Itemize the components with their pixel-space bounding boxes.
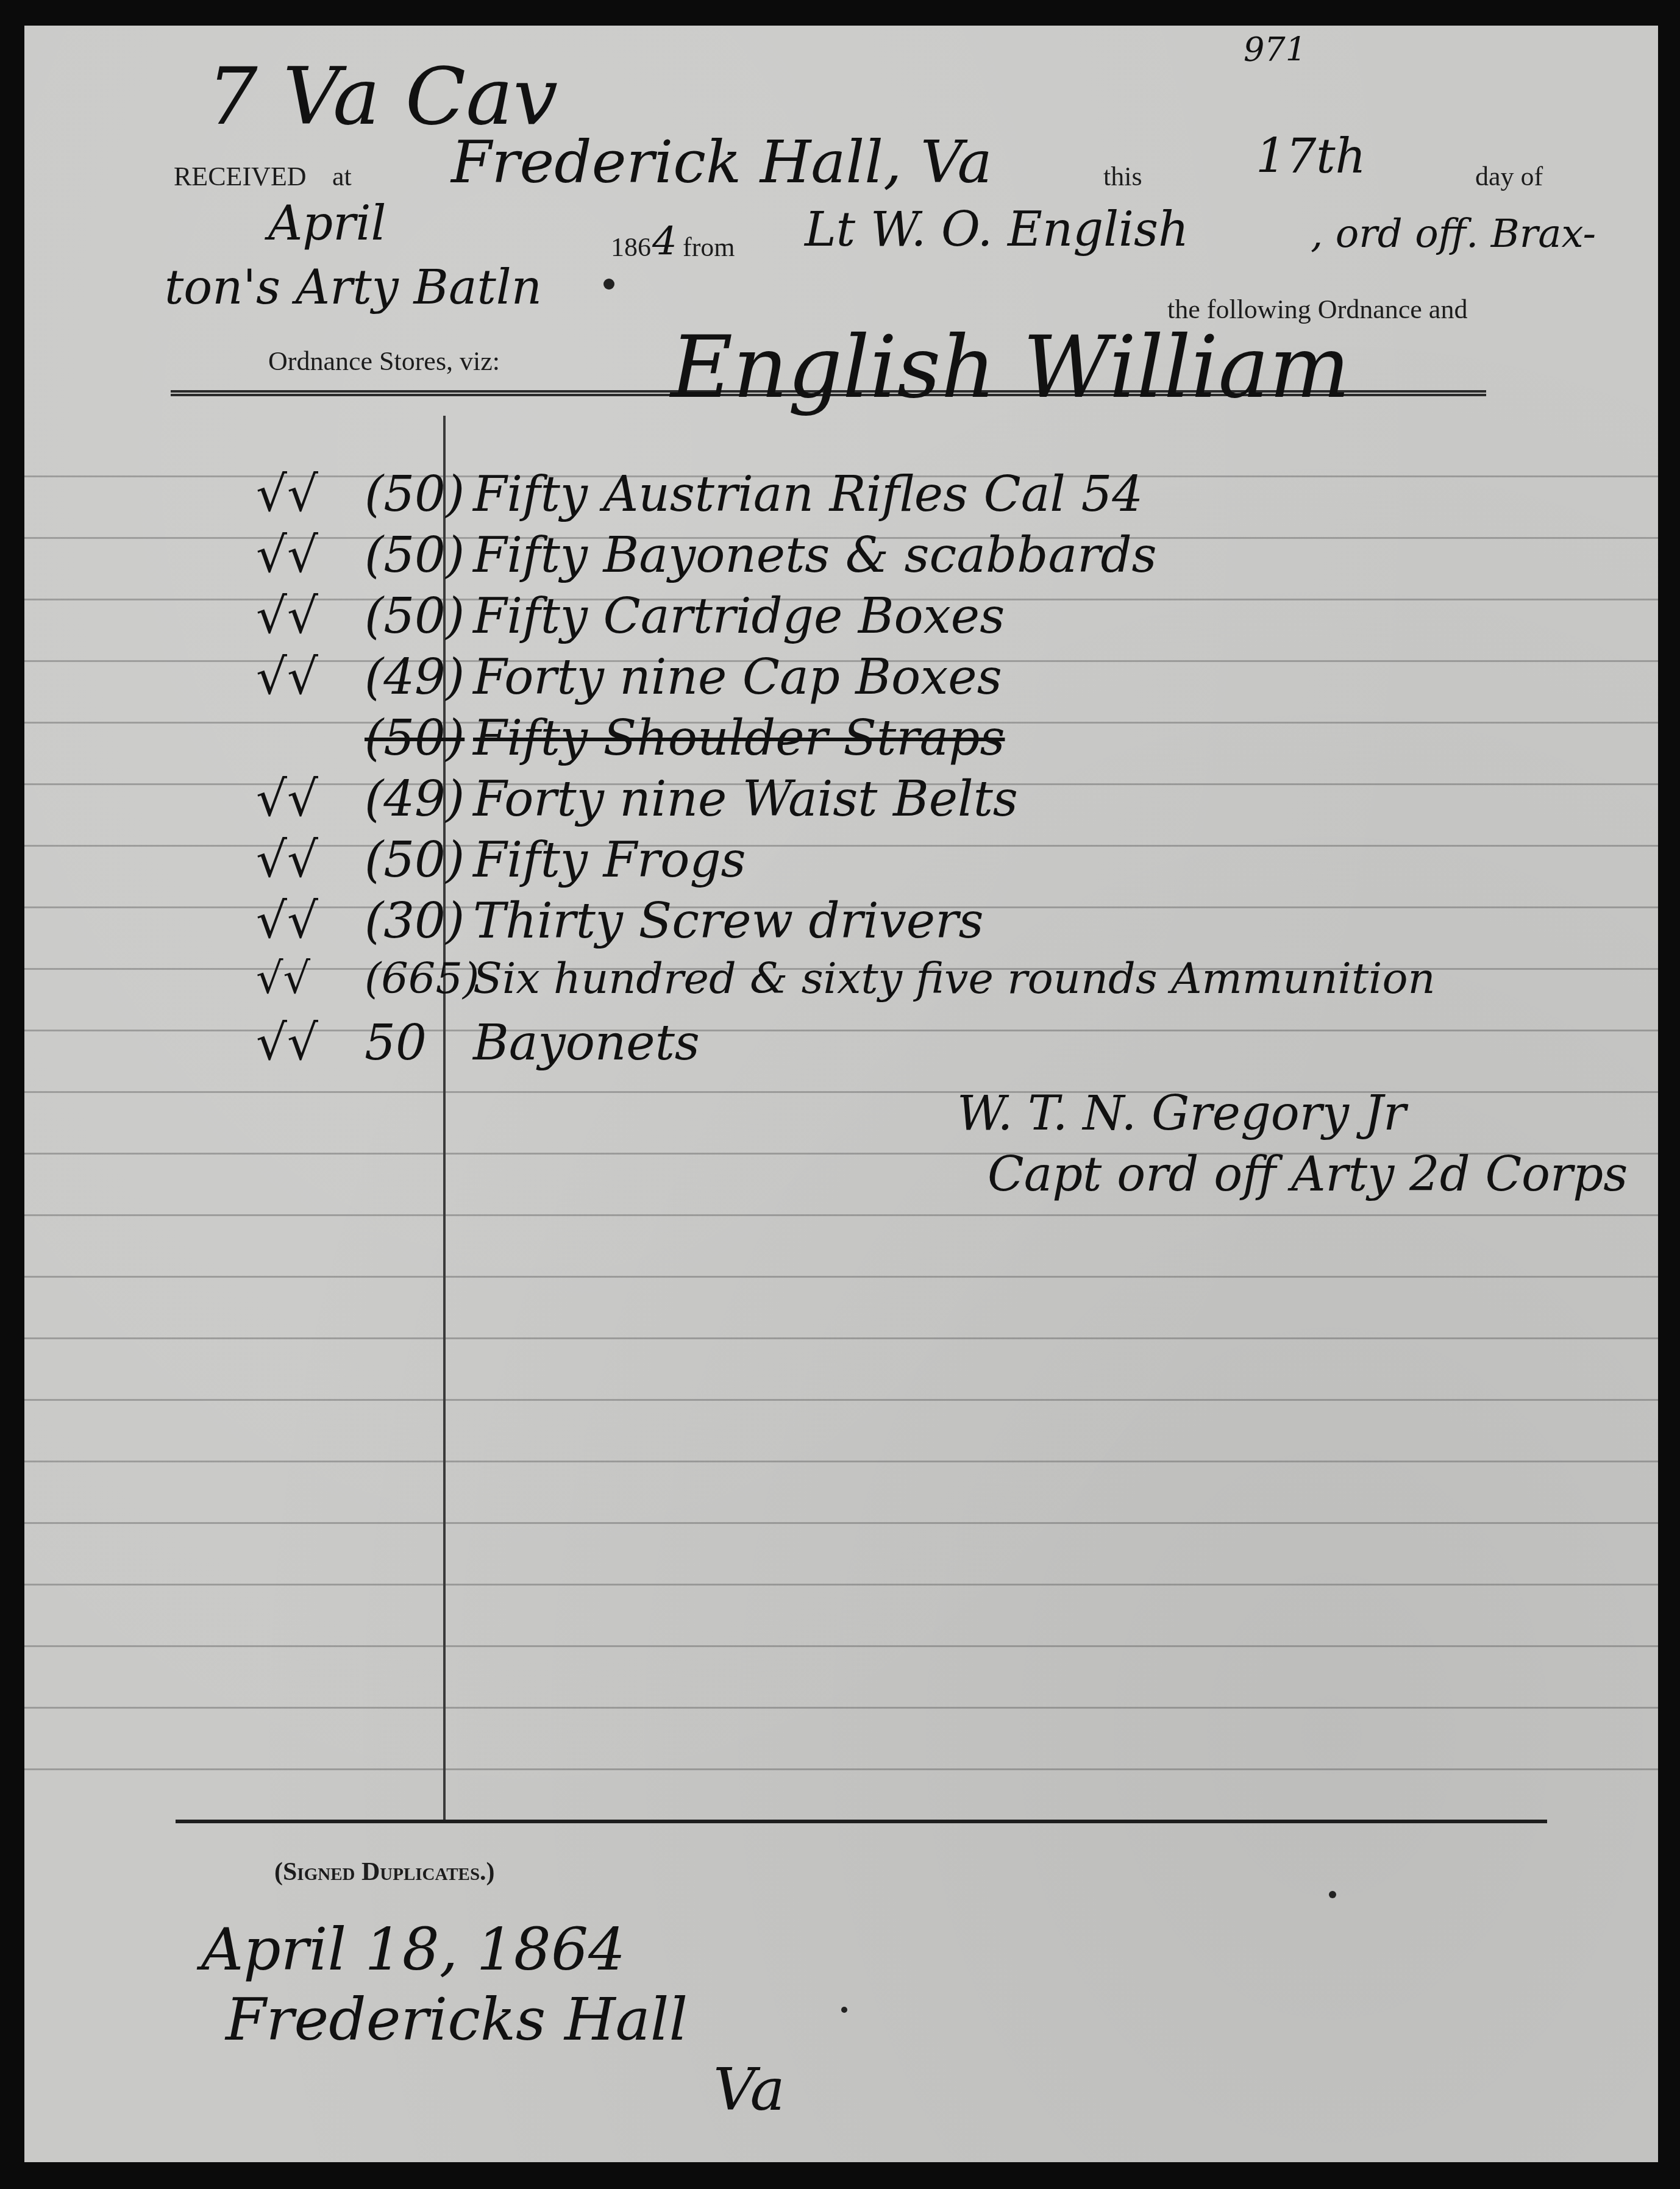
footer-rule	[176, 1820, 1547, 1823]
ink-speck	[1329, 1891, 1336, 1898]
this-label: this	[1103, 161, 1142, 192]
item-quantity: (30)	[365, 892, 456, 949]
received-label: RECEIVED	[174, 161, 307, 192]
item-description: Forty nine Cap Boxes	[473, 649, 1002, 705]
from-title-field: , ord off. Brax-	[1311, 212, 1596, 257]
month-field: April	[268, 196, 386, 251]
item-description: Fifty Shoulder Straps	[473, 710, 1005, 766]
item-description: Forty nine Waist Belts	[473, 771, 1018, 827]
check-mark: √√	[256, 831, 347, 888]
item-description: Fifty Cartridge Boxes	[473, 588, 1005, 644]
stores-label: Ordnance Stores, viz:	[268, 346, 500, 377]
check-mark: √√	[256, 527, 347, 583]
at-label: at	[332, 161, 352, 192]
item-quantity: (665)	[365, 953, 456, 1003]
item-quantity: (50)	[365, 831, 456, 888]
signature-title: Capt ord off Arty 2d Corps	[988, 1147, 1628, 1202]
from-person-field: Lt W. O. English	[805, 202, 1189, 257]
item-quantity: (49)	[365, 649, 456, 705]
item-row: √√ (50) Fifty Bayonets & scabbards	[256, 527, 1157, 583]
item-quantity: 50	[365, 1014, 456, 1071]
item-row: √√ (665) Six hundred & sixty five rounds…	[256, 953, 1436, 1003]
ink-speck	[603, 279, 614, 290]
receipt-page: 7 Va Cav 971 RECEIVED at Frederick Hall,…	[24, 26, 1658, 2162]
item-description: Six hundred & sixty five rounds Ammuniti…	[473, 953, 1436, 1003]
day-of-label: day of	[1475, 161, 1543, 192]
year-suffix-field: 4	[652, 219, 677, 265]
check-mark: √√	[256, 953, 347, 1003]
item-description: Bayonets	[473, 1014, 700, 1071]
item-row: √√ 50 Bayonets	[256, 1014, 700, 1071]
signed-duplicates-label: (Signed Duplicates.)	[274, 1857, 495, 1887]
item-quantity: (50)	[365, 527, 456, 583]
footer-date-note: April 18, 1864	[201, 1915, 625, 1984]
item-row-struck: (50) Fifty Shoulder Straps	[256, 710, 1005, 766]
item-row: √√ (50) Fifty Cartridge Boxes	[256, 588, 1005, 644]
footer-state-note: Va	[713, 2056, 785, 2124]
item-row: √√ (49) Forty nine Waist Belts	[256, 771, 1018, 827]
name-annotation: English William	[671, 318, 1350, 418]
item-description: Fifty Bayonets & scabbards	[473, 527, 1157, 583]
check-mark: √√	[256, 892, 347, 949]
item-quantity: (50)	[365, 710, 456, 766]
item-row: √√ (49) Forty nine Cap Boxes	[256, 649, 1002, 705]
footer-place-note: Fredericks Hall	[226, 1985, 688, 2054]
check-mark: √√	[256, 1014, 347, 1071]
from-label: from	[683, 232, 735, 263]
check-mark: √√	[256, 588, 347, 644]
item-description: Fifty Frogs	[473, 831, 746, 888]
check-mark: √√	[256, 771, 347, 827]
year-prefix: 186	[611, 232, 651, 263]
signature-name: W. T. N. Gregory Jr	[957, 1086, 1406, 1141]
item-description: Thirty Screw drivers	[473, 892, 983, 949]
check-mark: √√	[256, 649, 347, 705]
from-unit-field: ton's Arty Batln	[165, 260, 542, 315]
item-row: √√ (50) Fifty Austrian Rifles Cal 54	[256, 466, 1143, 522]
item-row: √√ (30) Thirty Screw drivers	[256, 892, 983, 949]
item-quantity: (50)	[365, 588, 456, 644]
item-description: Fifty Austrian Rifles Cal 54	[473, 466, 1143, 522]
day-field: 17th	[1256, 129, 1366, 184]
page-number-mark: 971	[1244, 30, 1306, 69]
ink-speck	[841, 2007, 847, 2013]
check-mark: √√	[256, 466, 347, 522]
place-field: Frederick Hall, Va	[451, 128, 992, 196]
item-row: √√ (50) Fifty Frogs	[256, 831, 746, 888]
item-quantity: (49)	[365, 771, 456, 827]
item-quantity: (50)	[365, 466, 456, 522]
